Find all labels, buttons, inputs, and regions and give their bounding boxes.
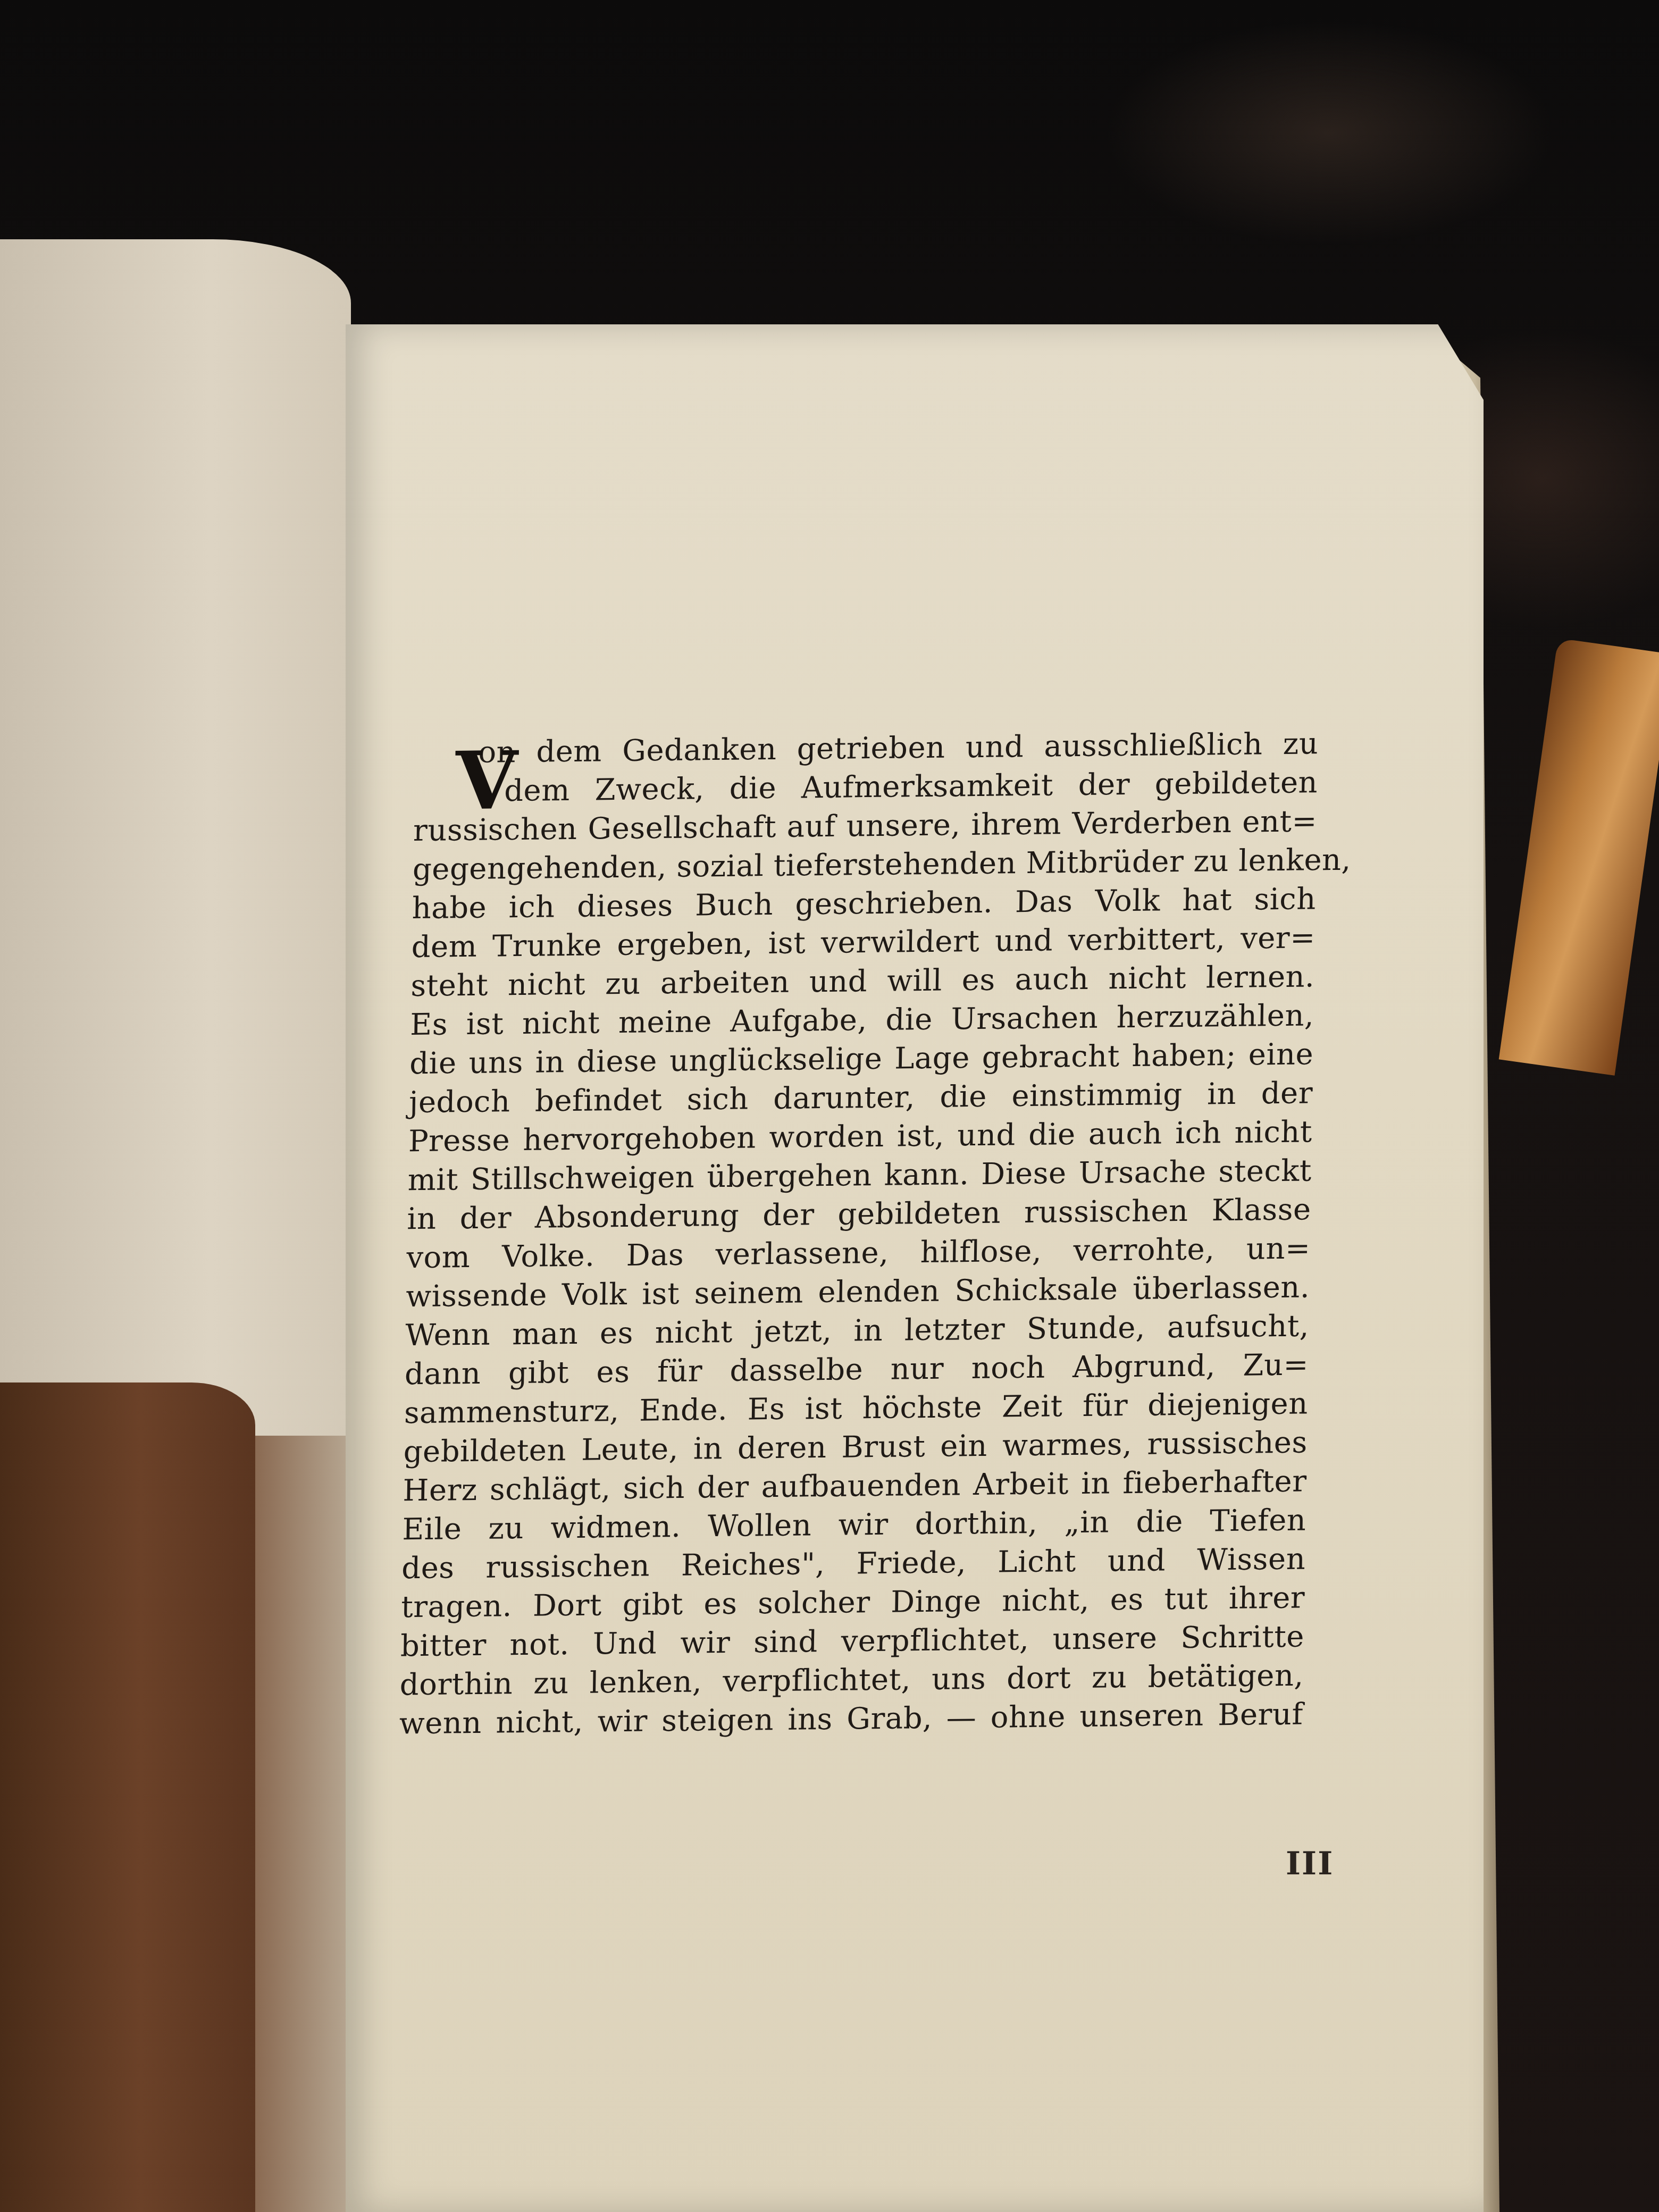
gutter-shadow xyxy=(255,1436,351,2212)
drop-cap: V xyxy=(455,743,518,818)
page-number: III xyxy=(1286,1845,1334,1882)
body-text: V on dem Gedanken getrieben und ausschli… xyxy=(399,724,1319,1743)
left-page-shadow xyxy=(0,1382,255,2212)
